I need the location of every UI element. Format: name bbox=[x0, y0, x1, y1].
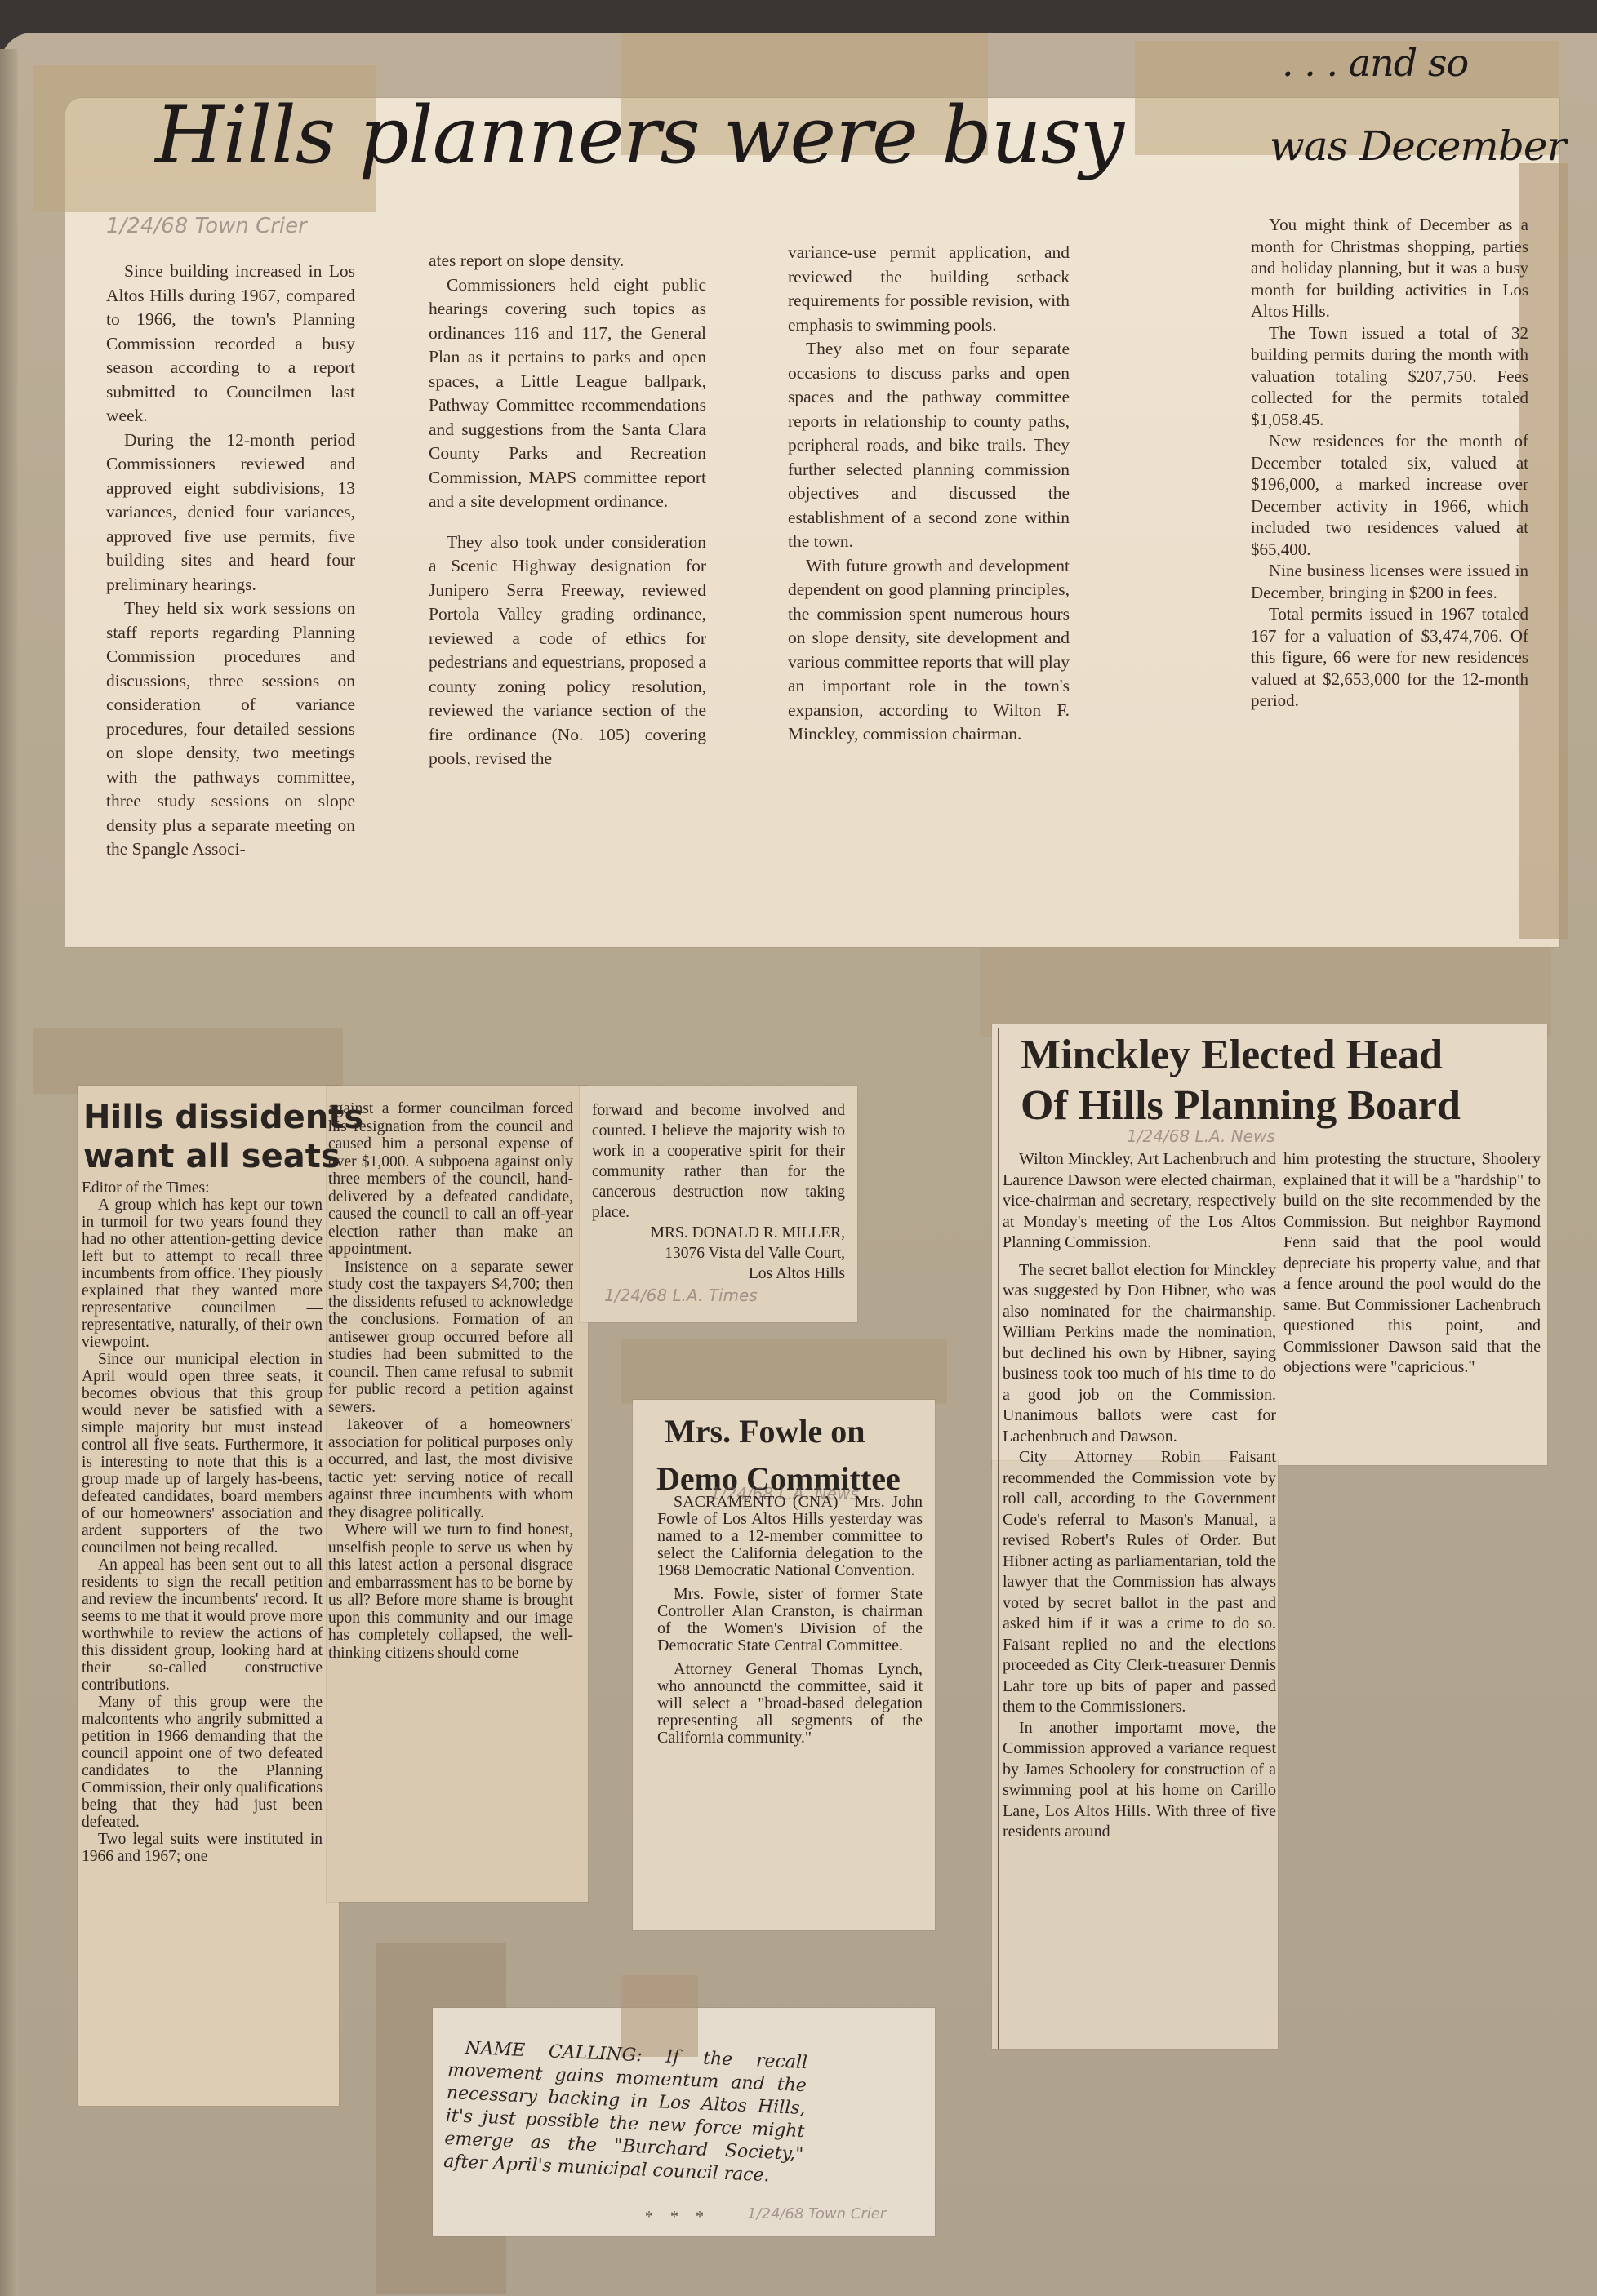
paragraph: forward and become involved and counted.… bbox=[592, 1100, 845, 1223]
paragraph: A group which has kept our town in turmo… bbox=[82, 1197, 323, 1351]
letter-column-3: forward and become involved and counted.… bbox=[592, 1100, 845, 1284]
paragraph: The secret ballot election for Minckley … bbox=[1003, 1260, 1276, 1448]
paragraph: The Town issued a total of 32 building p… bbox=[1251, 322, 1528, 431]
handwritten-date-note: 1/24/68 L.A. News bbox=[1127, 1126, 1275, 1146]
letter-column-1: Editor of the Times: A group which has k… bbox=[82, 1179, 323, 1865]
minckley-column-1: Wilton Minckley, Art Lachenbruch and Lau… bbox=[1003, 1149, 1276, 1843]
article-column-2: ates report on slope density. Commission… bbox=[429, 249, 706, 771]
article-column-3: variance-use permit application, and rev… bbox=[788, 241, 1070, 747]
separator-asterisks: * * * bbox=[645, 2208, 710, 2227]
tape-strip bbox=[621, 1339, 947, 1404]
paragraph: Since our municipal election in April wo… bbox=[82, 1351, 323, 1557]
name-calling-text: NAME CALLING: If the recall movement gai… bbox=[443, 2036, 808, 2189]
paragraph: In another importamt move, the Commissio… bbox=[1003, 1718, 1276, 1843]
headline-hills-dissidents: Hills dissidents want all seats bbox=[83, 1098, 363, 1176]
handwritten-date-note: 1/24/68 Town Crier bbox=[106, 214, 307, 238]
paragraph: Attorney General Thomas Lynch, who annou… bbox=[657, 1661, 923, 1747]
paragraph: They also met on four separate occasions… bbox=[788, 337, 1070, 554]
headline-line: want all seats bbox=[83, 1137, 363, 1176]
paragraph: Nine business licenses were issued in De… bbox=[1251, 560, 1528, 603]
paragraph: Insistence on a separate sewer study cos… bbox=[328, 1259, 573, 1417]
tape-strip bbox=[33, 1028, 343, 1094]
salutation: Editor of the Times: bbox=[82, 1179, 323, 1197]
paragraph: Total permits issued in 1967 totaled 167… bbox=[1251, 603, 1528, 712]
handwritten-date-note: 1/24/68 L.A. Times bbox=[604, 1286, 758, 1305]
paragraph: Mrs. Fowle, sister of former State Contr… bbox=[657, 1586, 923, 1654]
paragraph: Since building increased in Los Altos Hi… bbox=[106, 260, 355, 429]
article-column-1: Since building increased in Los Altos Hi… bbox=[106, 260, 355, 862]
paragraph: During the 12-month period Commissioners… bbox=[106, 429, 355, 597]
letter-column-2: against a former councilman forced his r… bbox=[328, 1100, 573, 1662]
paragraph: him protesting the structure, Shoolery e… bbox=[1283, 1149, 1541, 1379]
paragraph: NAME CALLING: If the recall movement gai… bbox=[443, 2036, 808, 2189]
paragraph: Where will we turn to find honest, unsel… bbox=[328, 1521, 573, 1662]
paragraph: New residences for the month of December… bbox=[1251, 430, 1528, 560]
paragraph: SACRAMENTO (CNA)—Mrs. John Fowle of Los … bbox=[657, 1494, 923, 1579]
paragraph: variance-use permit application, and rev… bbox=[788, 241, 1070, 337]
paragraph: against a former councilman forced his r… bbox=[328, 1100, 573, 1259]
paragraph: Wilton Minckley, Art Lachenbruch and Lau… bbox=[1003, 1149, 1276, 1254]
column-rule bbox=[998, 1028, 999, 2049]
december-article: You might think of December as a month f… bbox=[1251, 214, 1528, 712]
column-rule bbox=[1279, 1147, 1279, 1465]
headline-line: Of Hills Planning Board bbox=[1021, 1081, 1461, 1131]
paragraph: ates report on slope density. bbox=[429, 249, 706, 273]
handwritten-date-note: 1/24/68 Town Crier bbox=[747, 2205, 886, 2223]
kicker-and-so: . . . and so bbox=[1282, 41, 1468, 85]
headline-hills-planners: Hills planners were busy bbox=[155, 90, 1123, 181]
paragraph: Commissioners held eight public hearings… bbox=[429, 273, 706, 514]
paragraph: They held six work sessions on staff rep… bbox=[106, 597, 355, 862]
paragraph: Two legal suits were instituted in 1966 … bbox=[82, 1831, 323, 1865]
headline-line: Minckley Elected Head bbox=[1021, 1030, 1461, 1081]
headline-minckley: Minckley Elected Head Of Hills Planning … bbox=[1021, 1030, 1461, 1131]
fowle-article: SACRAMENTO (CNA)—Mrs. John Fowle of Los … bbox=[657, 1494, 923, 1747]
paragraph: An appeal has been sent out to all resid… bbox=[82, 1557, 323, 1694]
signature-city: Los Altos Hills bbox=[592, 1263, 845, 1284]
signature-name: MRS. DONALD R. MILLER, bbox=[592, 1223, 845, 1243]
headline-was-december: was December bbox=[1270, 122, 1565, 170]
tape-strip bbox=[980, 947, 1551, 1037]
minckley-column-2: him protesting the structure, Shoolery e… bbox=[1283, 1149, 1541, 1379]
paragraph: Many of this group were the malcontents … bbox=[82, 1694, 323, 1831]
paragraph: They also took under consideration a Sce… bbox=[429, 531, 706, 771]
signature-address: 13076 Vista del Valle Court, bbox=[592, 1243, 845, 1263]
page-binding-edge bbox=[0, 49, 18, 2296]
paragraph: City Attorney Robin Faisant recommended … bbox=[1003, 1447, 1276, 1718]
headline-line: Mrs. Fowle on bbox=[661, 1408, 901, 1455]
paragraph: You might think of December as a month f… bbox=[1251, 214, 1528, 322]
paragraph: Takeover of a homeowners' association fo… bbox=[328, 1416, 573, 1521]
headline-line: Hills dissidents bbox=[83, 1098, 363, 1137]
paragraph: With future growth and development depen… bbox=[788, 554, 1070, 747]
